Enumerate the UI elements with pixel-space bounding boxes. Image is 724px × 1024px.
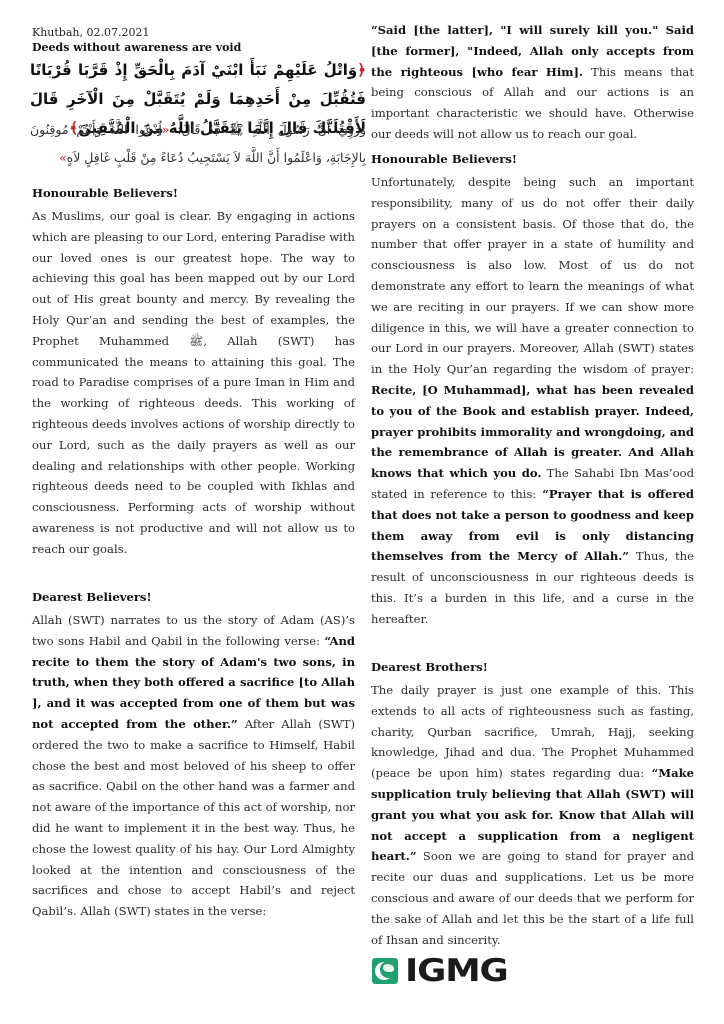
- igmg-logo: IGMG: [372, 956, 494, 986]
- heading-dearest-brothers: Dearest Brothers!: [371, 660, 488, 674]
- paragraph-prayer: Unfortunately, despite being such an imp…: [371, 172, 694, 630]
- khutbah-date: Khutbah, 02.07.2021: [32, 26, 149, 39]
- paragraph-intro: As Muslims, our goal is clear. By engagi…: [32, 206, 355, 560]
- paragraph-habil-qabil: Allah (SWT) narrates to us the story of …: [32, 610, 355, 922]
- arabic-hadith: وَرُوِيَ أَنَّ رَسُولَ اللَّهِ ﷺ قَدْ قَ…: [30, 116, 366, 172]
- heading-honourable-believers: Honourable Believers!: [32, 186, 178, 200]
- verse-open-bracket: ﴿: [357, 61, 366, 79]
- paragraph-text: Soon we are going to stand for prayer an…: [371, 849, 694, 946]
- khutbah-title: Deeds without awareness are void: [32, 41, 241, 54]
- document-page: Khutbah, 02.07.2021 Deeds without awaren…: [0, 0, 724, 1024]
- logo-text: IGMG: [405, 956, 508, 986]
- hadith-intro: وَرُوِيَ أَنَّ رَسُولَ اللَّهِ ﷺ قَدْ قَ…: [169, 122, 366, 137]
- paragraph-dua: The daily prayer is just one example of …: [371, 680, 694, 950]
- heading-dearest-believers: Dearest Believers!: [32, 590, 152, 604]
- paragraph-text: Unfortunately, despite being such an imp…: [371, 175, 694, 376]
- paragraph-righteous: “Said [the latter], "I will surely kill …: [371, 20, 694, 145]
- paragraph-text: Allah (SWT) narrates to us the story of …: [32, 613, 355, 648]
- paragraph-text: After Allah (SWT) ordered the two to mak…: [32, 717, 355, 918]
- hadith-close-quote: »: [59, 150, 67, 165]
- heading-honourable-believers-2: Honourable Believers!: [371, 152, 517, 166]
- paragraph-text: The daily prayer is just one example of …: [371, 683, 694, 780]
- crescent-europe-icon: [372, 958, 398, 984]
